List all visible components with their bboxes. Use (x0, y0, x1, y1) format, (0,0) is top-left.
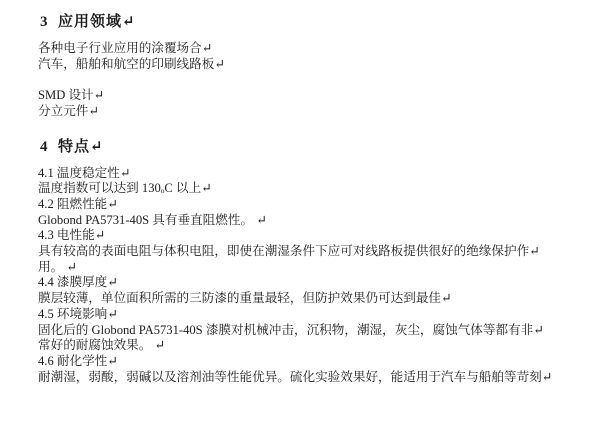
text-line: SMD 设计↵ (38, 88, 572, 104)
text-line: 耐潮湿，弱酸，弱碱以及溶剂油等性能优异。硫化实验效果好，能适用于汽车与船舶等苛刻… (38, 370, 572, 386)
document-page: 3 应用领域↵各种电子行业应用的涂覆场合↵汽车，船舶和航空的印刷线路板↵SMD … (0, 0, 600, 442)
document-content: 3 应用领域↵各种电子行业应用的涂覆场合↵汽车，船舶和航空的印刷线路板↵SMD … (38, 14, 572, 385)
text-line: 温度指数可以达到 130ₒC 以上↵ (38, 181, 572, 197)
text-line: 分立元件↵ (38, 104, 572, 120)
subsection-heading: 4.2 阻燃性能↵ (38, 197, 572, 213)
text-line: 常好的耐腐蚀效果。 ↵ (38, 338, 572, 354)
text-line: 固化后的 Globond PA5731-40S 漆膜对机械冲击，沉积物，潮湿，灰… (38, 323, 572, 339)
subsection-heading: 4.3 电性能↵ (38, 228, 572, 244)
text-line: 具有较高的表面电阻与体积电阻，即使在潮湿条件下应可对线路板提供很好的绝缘保护作↵ (38, 244, 572, 260)
text-line: 各种电子行业应用的涂覆场合↵ (38, 41, 572, 57)
subsection-heading: 4.5 环境影响↵ (38, 307, 572, 323)
section-heading: 4 特点↵ (38, 139, 572, 156)
subsection-heading: 4.1 温度稳定性↵ (38, 166, 572, 182)
blank-line (38, 72, 572, 88)
text-line: 用。 ↵ (38, 260, 572, 276)
text-line: 膜层较薄，单位面积所需的三防漆的重量最轻，但防护效果仍可达到最佳↵ (38, 291, 572, 307)
text-line: 汽车，船舶和航空的印刷线路板↵ (38, 57, 572, 73)
section-heading: 3 应用领域↵ (38, 14, 572, 31)
text-line: Globond PA5731-40S 具有垂直阻燃性。 ↵ (38, 213, 572, 229)
subsection-heading: 4.4 漆膜厚度↵ (38, 275, 572, 291)
subsection-heading: 4.6 耐化学性↵ (38, 354, 572, 370)
